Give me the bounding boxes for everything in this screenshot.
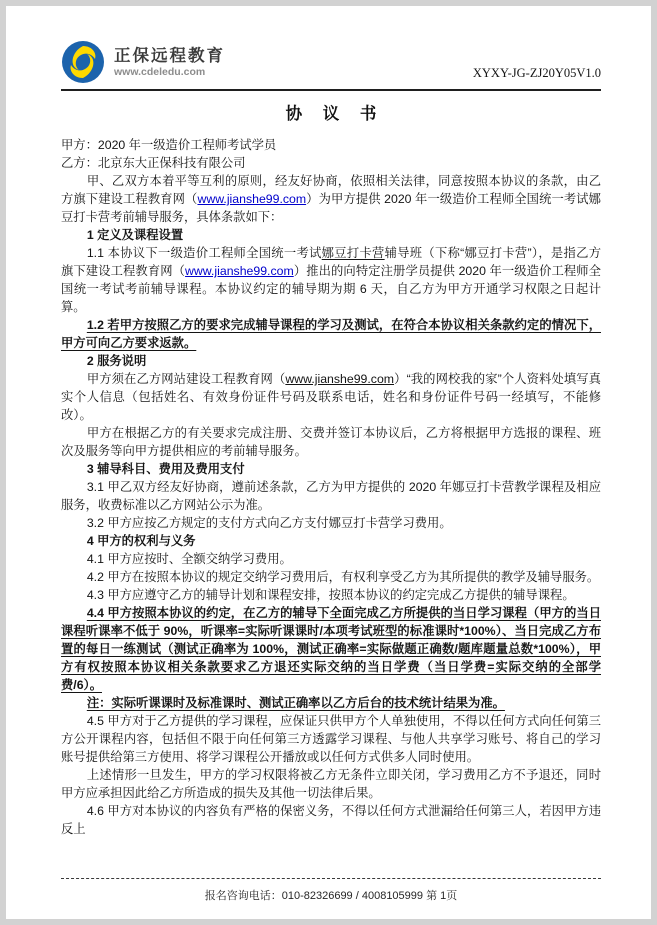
- document-header: 正保远程教育 www.cdeledu.com XYXY-JG-ZJ20Y05V1…: [61, 40, 601, 91]
- document-code: XYXY-JG-ZJ20Y05V1.0: [473, 66, 601, 84]
- clause-4-5-continued: 上述情形一旦发生，甲方的学习权限将被乙方无条件立即关闭，学习费用乙方不予退还，同…: [61, 766, 601, 802]
- section-2-paragraph-1: 甲方须在乙方网站建设工程教育网（www.jianshe99.com）“我的网校我…: [61, 370, 601, 424]
- underlined-term: 娜豆打卡营: [322, 246, 385, 260]
- section-4-heading: 4 甲方的权利与义务: [61, 532, 601, 550]
- clause-3-1: 3.1 甲乙双方经友好协商，遵前述条款，乙方为甲方提供的 2020 年娜豆打卡营…: [61, 478, 601, 514]
- document-body: 甲方：2020 年一级造价工程师考试学员 乙方：北京东大正保科技有限公司 甲、乙…: [61, 136, 601, 838]
- text-segment: 1.1 本协议下一级造价工程师全国统一考试: [87, 246, 322, 260]
- party-a-line: 甲方：2020 年一级造价工程师考试学员: [61, 136, 601, 154]
- brand-logo: 正保远程教育 www.cdeledu.com: [61, 40, 225, 84]
- brand-text-block: 正保远程教育 www.cdeledu.com: [114, 46, 225, 79]
- intro-paragraph: 甲、乙双方本着平等互利的原则，经友好协商，依照相关法律，同意按照本协议的条款，由…: [61, 172, 601, 226]
- logo-swirl-icon: [61, 40, 105, 84]
- footer-divider: [61, 878, 601, 879]
- section-3-heading: 3 辅导科目、费用及费用支付: [61, 460, 601, 478]
- jianshe99-link[interactable]: www.jianshe99.com: [285, 372, 394, 386]
- clause-4-5: 4.5 甲方对于乙方提供的学习课程，应保证只供甲方个人单独使用，不得以任何方式向…: [61, 712, 601, 766]
- section-2-heading: 2 服务说明: [61, 352, 601, 370]
- footer-contact-line: 报名咨询电话：010-82326699 / 4008105999 第 1页: [61, 887, 601, 903]
- clause-4-6: 4.6 甲方对本协议的内容负有严格的保密义务，不得以任何方式泄漏给任何第三人，若…: [61, 802, 601, 838]
- document-page: 正保远程教育 www.cdeledu.com XYXY-JG-ZJ20Y05V1…: [6, 6, 651, 919]
- jianshe99-link[interactable]: www.jianshe99.com: [197, 192, 306, 206]
- clause-4-4: 4.4 甲方按照本协议的约定，在乙方的辅导下全面完成乙方所提供的当日学习课程（甲…: [61, 604, 601, 694]
- brand-name: 正保远程教育: [114, 46, 225, 66]
- clause-4-3: 4.3 甲方应遵守乙方的辅导计划和课程安排，按照本协议的约定完成乙方提供的辅导课…: [61, 586, 601, 604]
- text-segment: 甲方须在乙方网站建设工程教育网（: [87, 372, 286, 386]
- clause-1-1: 1.1 本协议下一级造价工程师全国统一考试娜豆打卡营辅导班（下称“娜豆打卡营”）…: [61, 244, 601, 316]
- section-2-paragraph-2: 甲方在根据乙方的有关要求完成注册、交费并签订本协议后，乙方将根据甲方选报的课程、…: [61, 424, 601, 460]
- clause-4-2: 4.2 甲方在按照本协议的规定交纳学习费用后，有权利享受乙方为其所提供的教学及辅…: [61, 568, 601, 586]
- brand-website: www.cdeledu.com: [114, 66, 225, 79]
- clause-3-2: 3.2 甲方应按乙方规定的支付方式向乙方支付娜豆打卡营学习费用。: [61, 514, 601, 532]
- party-b-line: 乙方：北京东大正保科技有限公司: [61, 154, 601, 172]
- document-title: 协 议 书: [61, 100, 601, 124]
- clause-4-4-note: 注：实际听课课时及标准课时、测试正确率以乙方后台的技术统计结果为准。: [61, 694, 601, 712]
- clause-1-2: 1.2 若甲方按照乙方的要求完成辅导课程的学习及测试，在符合本协议相关条款约定的…: [61, 316, 601, 352]
- section-1-heading: 1 定义及课程设置: [61, 226, 601, 244]
- clause-4-1: 4.1 甲方应按时、全额交纳学习费用。: [61, 550, 601, 568]
- page-footer: 报名咨询电话：010-82326699 / 4008105999 第 1页: [61, 878, 601, 903]
- jianshe99-link[interactable]: www.jianshe99.com: [185, 264, 294, 278]
